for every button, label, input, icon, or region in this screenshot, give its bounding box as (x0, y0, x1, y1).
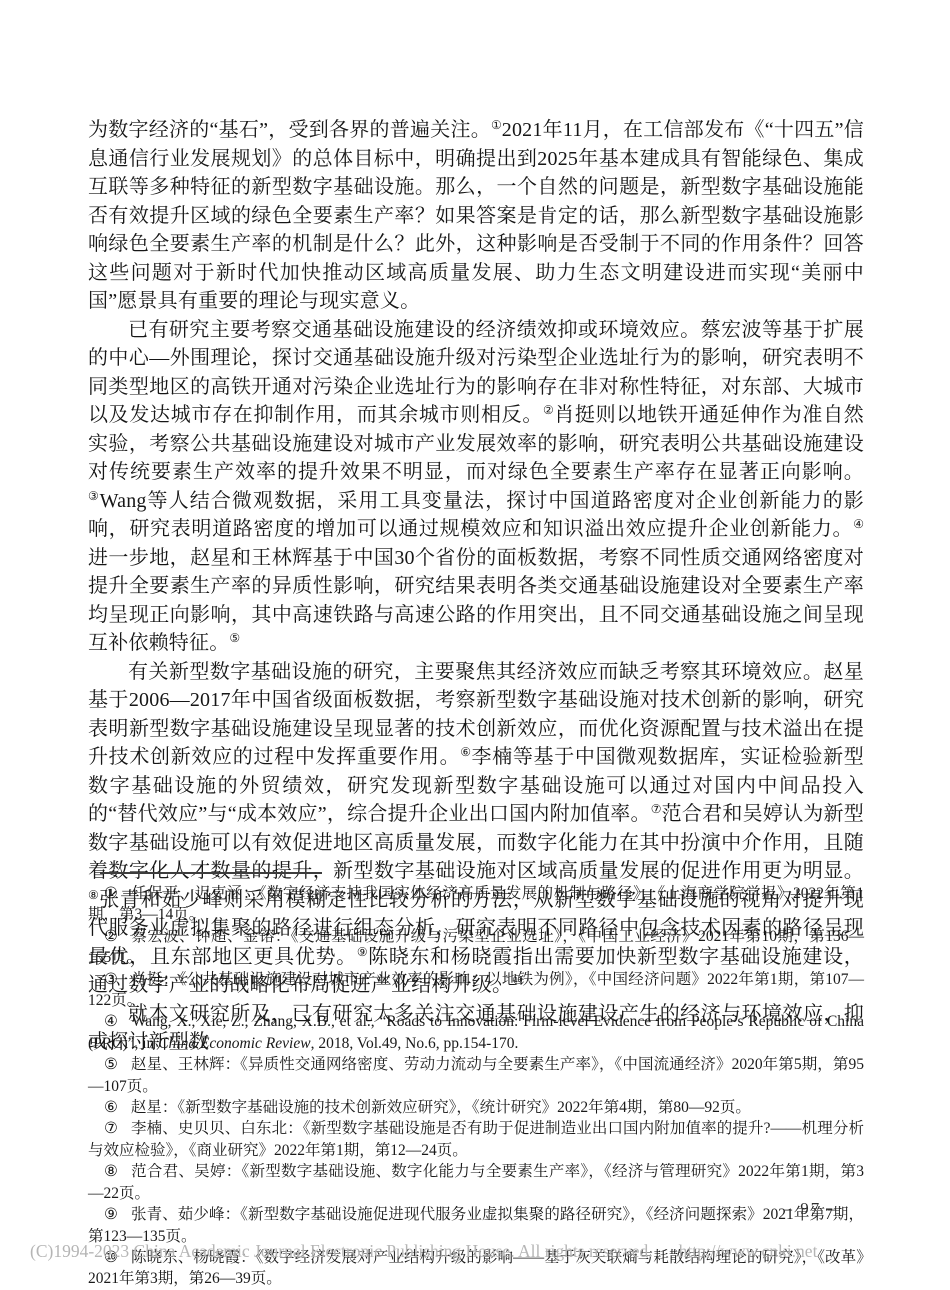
text-run: 李楠、史贝贝、白东北：《新型数字基础设施是否有助于促进制造业出口国内附加值率的提… (88, 1120, 864, 1158)
footnote-item-3: ③肖挺：《公共基础设施建设对城市产业效率的影响：以地铁为例》，《中国经济问题》2… (88, 969, 864, 1012)
text-run: 进一步地，赵星和王林辉基于中国30个省份的面板数据，考察不同性质交通网络密度对提… (88, 547, 864, 655)
cnki-url: http://www.cnki.net (679, 1241, 818, 1261)
paragraph-1: 为数字经济的“基石”，受到各界的普遍关注。①2021年11月，在工信部发布《“十… (88, 116, 864, 316)
footnote-number: ⑥ (104, 1099, 118, 1116)
footnote-number: ② (104, 928, 118, 945)
footnotes: ①任保平、迟克涵：《数字经济支持我国实体经济高质量发展的机制与路径》，《上海商学… (88, 883, 864, 1290)
footnote-ref: ⑦ (651, 802, 662, 816)
text-run: 范合君、吴婷：《新型数字基础设施、数字化能力与全要素生产率》，《经济与管理研究》… (88, 1163, 864, 1201)
footnote-number: ⑦ (104, 1120, 118, 1137)
page-number: – 97 – (784, 1199, 839, 1219)
text-run: 为数字经济的“基石”，受到各界的普遍关注。 (88, 119, 491, 141)
paragraph-2: 已有研究主要考察交通基础设施建设的经济绩效抑或环境效应。蔡宏波等基于扩展的中心—… (88, 316, 864, 658)
footnote-divider (100, 872, 322, 874)
text-run: 任保平、迟克涵：《数字经济支持我国实体经济高质量发展的机制与路径》，《上海商学院… (88, 885, 864, 923)
text-run: 赵星、王林辉：《异质性交通网络密度、劳动力流动与全要素生产率》，《中国流通经济》… (88, 1056, 864, 1094)
copyright-text: (C)1994-2023 China Academic Journal Elec… (30, 1241, 653, 1261)
text-run: 张青、茹少峰：《新型数字基础设施促进现代服务业虚拟集聚的路径研究》，《经济问题探… (88, 1206, 864, 1244)
footnote-ref: ⑤ (229, 631, 240, 645)
text-run: 2021年11月，在工信部发布《“十四五”信息通信行业发展规划》的总体目标中，明… (88, 119, 864, 312)
footnote-ref: ② (543, 403, 554, 417)
footnote-number: ③ (104, 971, 118, 988)
footnote-number: ⑧ (104, 1163, 118, 1180)
footnote-item-7: ⑦李楠、史贝贝、白东北：《新型数字基础设施是否有助于促进制造业出口国内附加值率的… (88, 1118, 864, 1161)
footnote-ref: ④ (853, 517, 864, 531)
footnote-ref: ③ (88, 489, 100, 503)
text-run: 蔡宏波、钟超、金镕：《交通基础设施升级与污染型企业选址》，《中国工业经济》202… (88, 928, 864, 966)
footnote-number: ① (104, 885, 118, 902)
footnote-ref: ① (491, 118, 502, 132)
text-run: , 2018, Vol.49, No.6, pp.154-170. (311, 1035, 519, 1052)
text-run: 赵星：《新型数字基础设施的技术创新效应研究》，《统计研究》2022年第4期，第8… (131, 1099, 751, 1116)
footnote-item-4: ④Wang, X., Xie, Z., Zhang, X.B., et al.,… (88, 1011, 864, 1054)
journal-page: 为数字经济的“基石”，受到各界的普遍关注。①2021年11月，在工信部发布《“十… (0, 0, 950, 1290)
footnote-item-6: ⑥赵星：《新型数字基础设施的技术创新效应研究》，《统计研究》2022年第4期，第… (88, 1097, 864, 1118)
text-run: 肖挺：《公共基础设施建设对城市产业效率的影响：以地铁为例》，《中国经济问题》20… (88, 971, 864, 1009)
footnote-number: ④ (104, 1013, 119, 1030)
text-run: Wang等人结合微观数据，采用工具变量法，探讨中国道路密度对企业创新能力的影响，… (88, 490, 864, 541)
footnote-item-2: ②蔡宏波、钟超、金镕：《交通基础设施升级与污染型企业选址》，《中国工业经济》20… (88, 926, 864, 969)
footnote-item-5: ⑤赵星、王林辉：《异质性交通网络密度、劳动力流动与全要素生产率》，《中国流通经济… (88, 1054, 864, 1097)
cnki-footer: (C)1994-2023 China Academic Journal Elec… (30, 1241, 817, 1262)
footnote-number: ⑨ (104, 1206, 118, 1223)
footnote-item-8: ⑧范合君、吴婷：《新型数字基础设施、数字化能力与全要素生产率》，《经济与管理研究… (88, 1161, 864, 1204)
footnote-ref: ⑥ (460, 745, 471, 759)
footnote-item-1: ①任保平、迟克涵：《数字经济支持我国实体经济高质量发展的机制与路径》，《上海商学… (88, 883, 864, 926)
journal-title-italic: China Economic Review (158, 1035, 310, 1052)
footnote-number: ⑤ (104, 1056, 118, 1073)
